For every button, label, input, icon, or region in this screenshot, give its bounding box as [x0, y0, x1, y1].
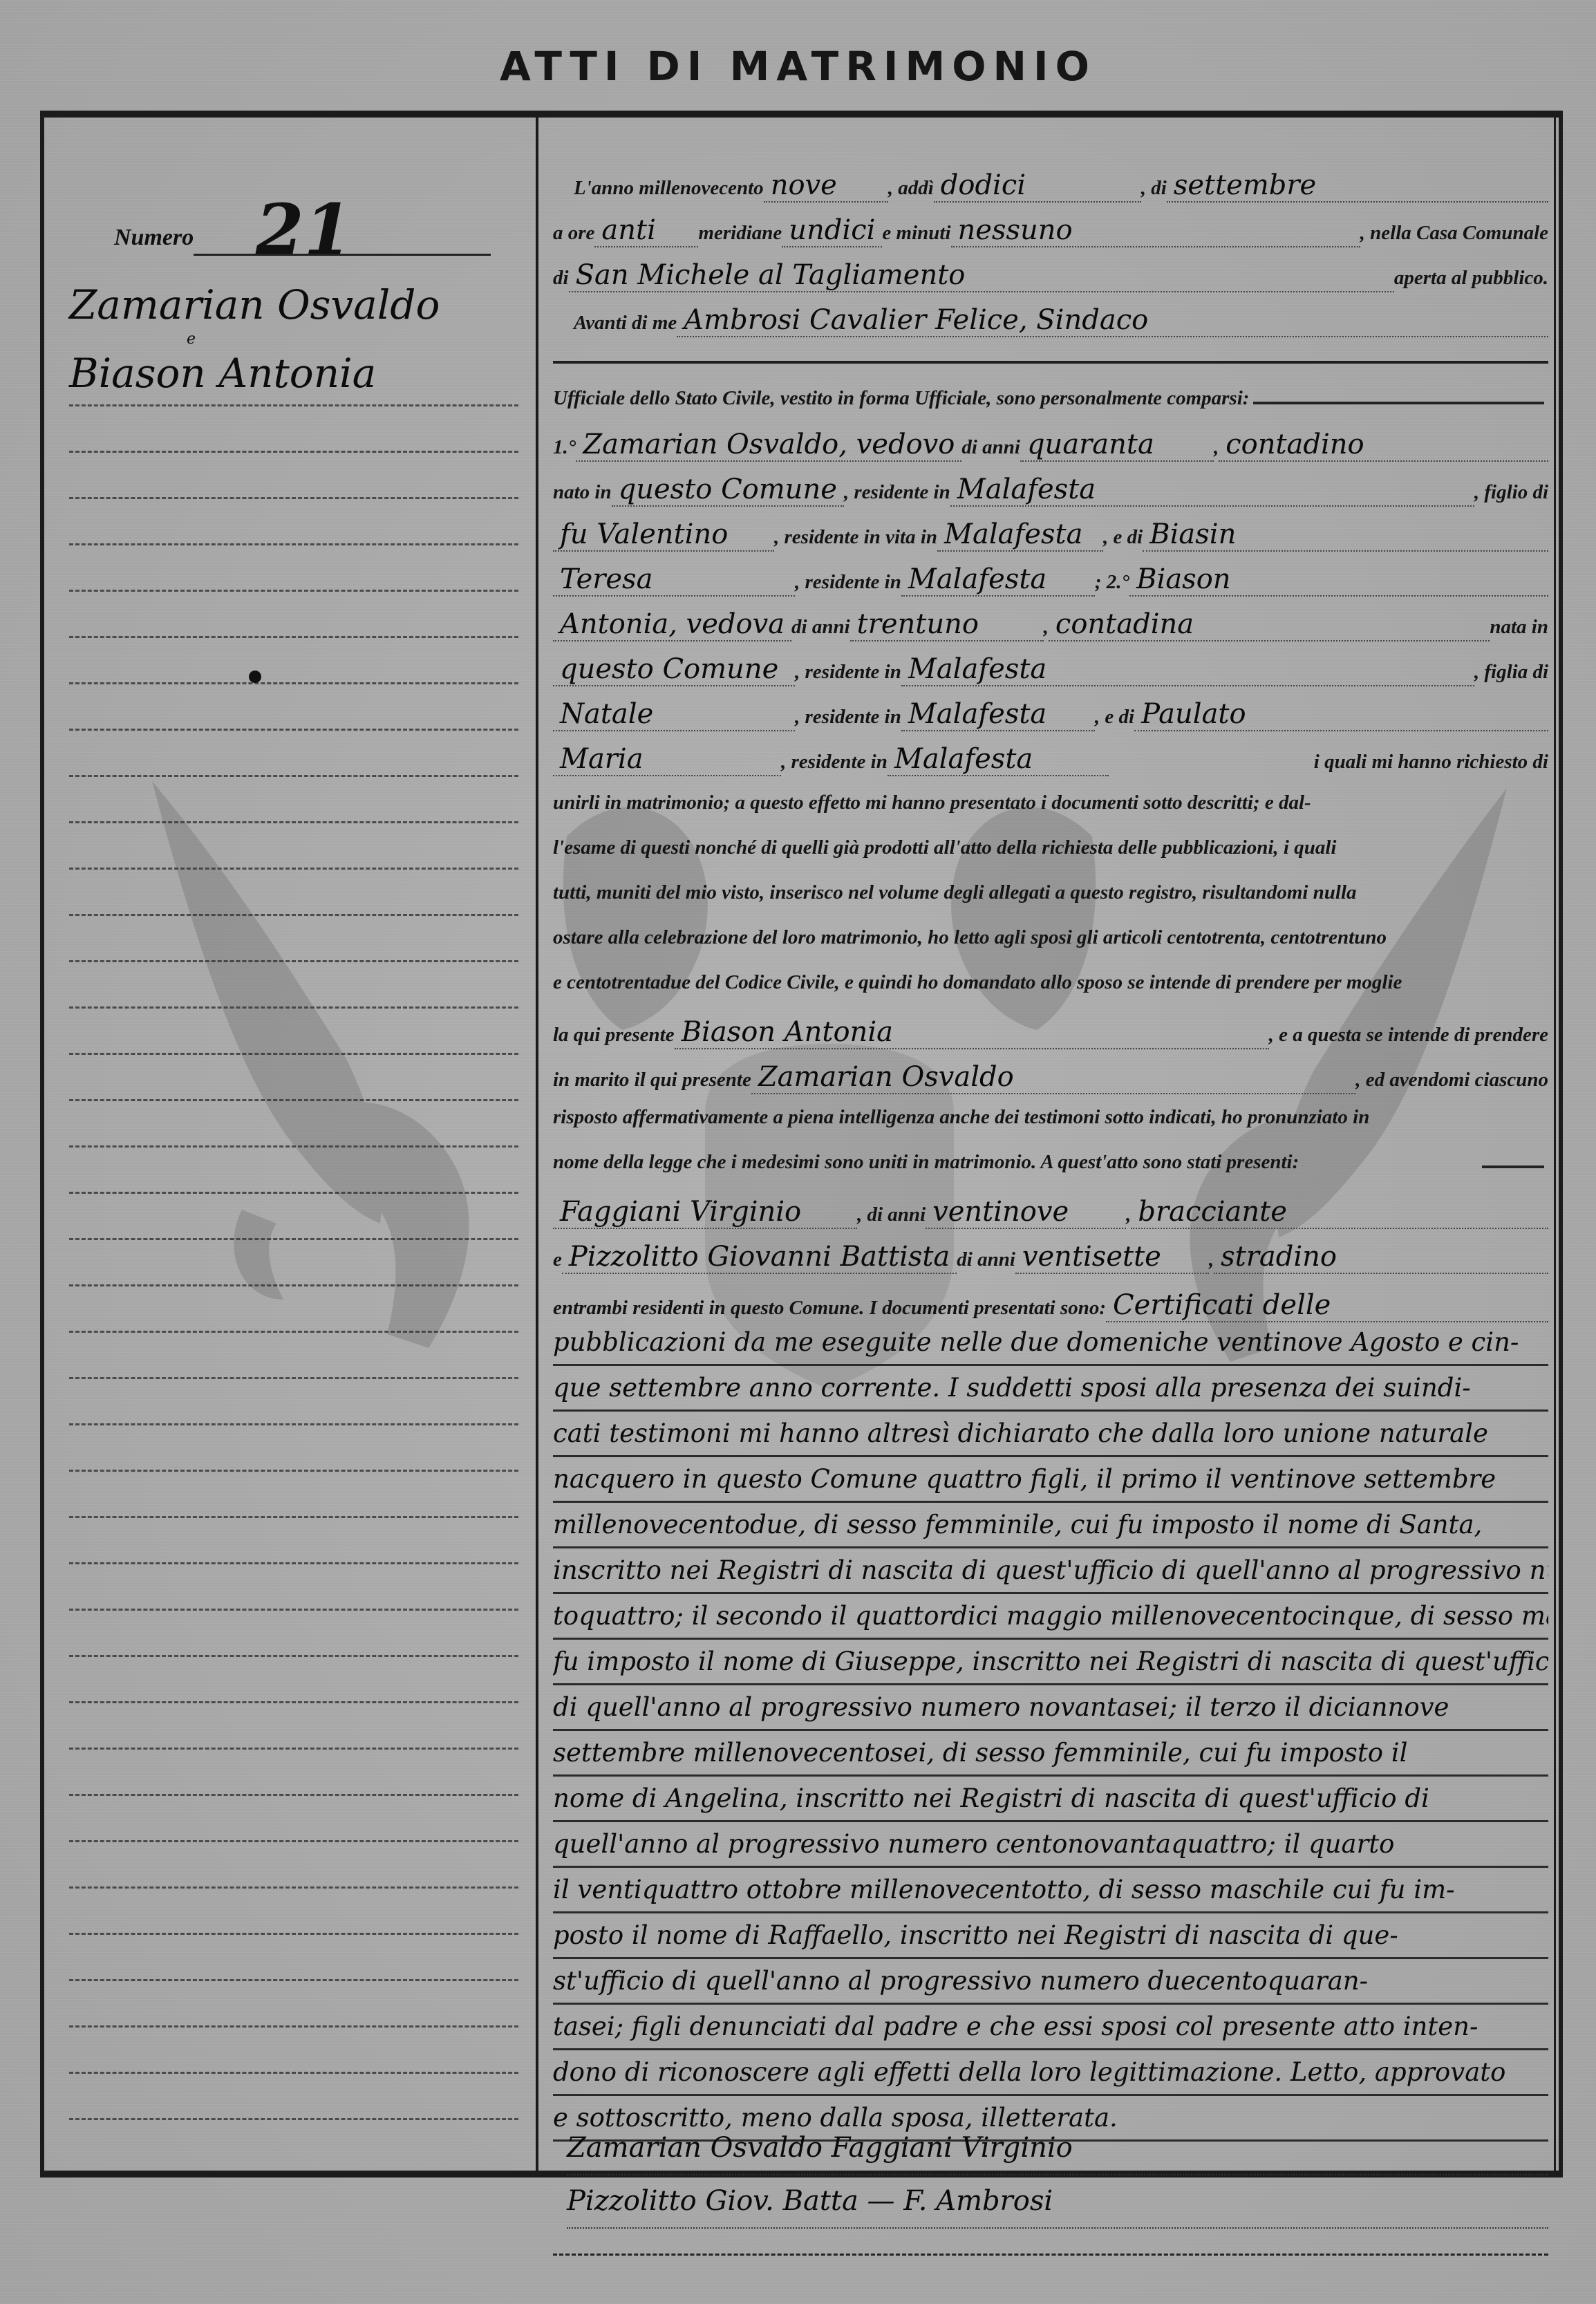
- handwritten-line: nome di Angelina, inscritto nei Registri…: [553, 1777, 1548, 1822]
- body-line-11: l'esame di questi nonché di quelli già p…: [553, 836, 1548, 859]
- margin-column: Numero 21 Zamarian Osvaldo e Biason Anto…: [48, 121, 532, 2167]
- ruled-line: [69, 1053, 518, 1055]
- minutes-field: nessuno: [951, 214, 1360, 247]
- comune-field: San Michele al Tagliamento: [569, 259, 1394, 292]
- conjunction: e: [69, 337, 440, 342]
- ruled-line: [69, 1609, 518, 1611]
- handwritten-line: fu imposto il nome di Giuseppe, inscritt…: [553, 1640, 1548, 1685]
- ruled-line: [69, 1655, 518, 1657]
- handwritten-line: que settembre anno corrente. I suddetti …: [553, 1366, 1548, 1412]
- handwritten-line: pubblicazioni da me eseguite nelle due d…: [553, 1320, 1548, 1366]
- ruled-line: [69, 590, 518, 592]
- ruled-line: [69, 682, 518, 684]
- bride-mother-name: Maria: [553, 743, 781, 776]
- ruled-line: [69, 1933, 518, 1935]
- header-line-2: a ore anti meridiane undici e minuti nes…: [553, 214, 1548, 247]
- handwritten-line: tasei; figli denunciati dal padre e che …: [553, 2005, 1548, 2050]
- ruled-line: [69, 1423, 518, 1425]
- header-line-4: Avanti di me Ambrosi Cavalier Felice, Si…: [553, 304, 1548, 337]
- bride-father: Natale: [553, 698, 795, 731]
- groom-line: 1.° Zamarian Osvaldo, vedovo di anni qua…: [553, 429, 1548, 462]
- bride-name: Biason Antonia: [69, 341, 440, 406]
- right-border: [1554, 118, 1556, 2172]
- ruled-line: [69, 1562, 518, 1564]
- witness-2-name: Pizzolitto Giovanni Battista: [562, 1241, 957, 1274]
- witness-2-occupation: stradino: [1214, 1241, 1548, 1274]
- month-field: settembre: [1167, 169, 1548, 203]
- day-field: dodici: [934, 169, 1141, 203]
- header-line-3: di San Michele al Tagliamento aperta al …: [553, 259, 1548, 292]
- bride-birth-line: questo Comune , residente in Malafesta ,…: [553, 653, 1548, 686]
- ruled-line: [69, 1192, 518, 1194]
- witness-1-occupation: bracciante: [1131, 1196, 1548, 1229]
- groom-mother-line: Teresa , residente in Malafesta ; 2.° Bi…: [553, 563, 1548, 597]
- ruled-line: [69, 451, 518, 453]
- bride-mother-surname: Paulato: [1134, 698, 1548, 731]
- ruled-line: [69, 729, 518, 731]
- signature-line: Pizzolitto Giov. Batta — F. Ambrosi: [567, 2175, 1548, 2229]
- groom-father-line: fu Valentino , residente in vita in Mala…: [553, 518, 1548, 552]
- header-rule: [553, 361, 1548, 364]
- documents-field: Certificati delle: [1106, 1289, 1548, 1322]
- groom-name: Zamarian Osvaldo: [69, 273, 440, 337]
- ruled-line: [69, 497, 518, 499]
- ruled-line: [69, 1331, 518, 1333]
- ruled-line: [69, 1145, 518, 1148]
- body-line-13: ostare alla celebrazione del loro matrim…: [553, 926, 1548, 949]
- handwritten-line: di quell'anno al progressivo numero nova…: [553, 1685, 1548, 1731]
- bride-mother-line: Maria , residente in Malafesta i quali m…: [553, 743, 1548, 776]
- officiant-field: Ambrosi Cavalier Felice, Sindaco: [677, 304, 1548, 337]
- ruled-line: [69, 1979, 518, 1981]
- bride-field: Antonia, vedova: [553, 608, 791, 641]
- handwritten-line: il ventiquattro ottobre millenovecentott…: [553, 1868, 1548, 1913]
- handwritten-line: st'ufficio di quell'anno al progressivo …: [553, 1959, 1548, 2005]
- header-line-1: L'anno millenovecento nove , addì dodici…: [553, 169, 1548, 203]
- ruled-line: [69, 1099, 518, 1101]
- witness-1-age: ventinove: [926, 1196, 1126, 1229]
- ruled-line: [69, 1886, 518, 1889]
- groom-field: Zamarian Osvaldo, vedovo: [576, 429, 961, 462]
- witness-2-age: ventisette: [1015, 1241, 1209, 1274]
- ruled-line: [69, 1516, 518, 1518]
- column-divider: [536, 118, 538, 2172]
- ruled-line: [69, 2118, 518, 2120]
- document-title: ATTI DI MATRIMONIO: [0, 43, 1596, 90]
- bride-consent-name: Biason Antonia: [675, 1016, 1269, 1049]
- ruled-line: [69, 1238, 518, 1240]
- ruled-line: [69, 1470, 518, 1472]
- margin-names: Zamarian Osvaldo e Biason Antonia: [69, 273, 440, 406]
- groom-father: fu Valentino: [553, 518, 774, 552]
- witness-1-line: Faggiani Virginio , di anni ventinove , …: [553, 1196, 1548, 1229]
- body-line-1: Ufficiale dello Stato Civile, vestito in…: [553, 387, 1548, 410]
- body-line-14: e centotrentadue del Codice Civile, e qu…: [553, 971, 1548, 994]
- groom-age: quaranta: [1020, 429, 1214, 462]
- documents-line: entrambi residenti in questo Comune. I d…: [553, 1289, 1548, 1322]
- act-number: 21: [256, 189, 352, 270]
- body-line-10: unirli in matrimonio; a questo effetto m…: [553, 792, 1548, 814]
- ruled-line: [69, 1794, 518, 1796]
- groom-birth-line: nato in questo Comune , residente in Mal…: [553, 474, 1548, 507]
- bride-father-line: Natale , residente in Malafesta , e di P…: [553, 698, 1548, 731]
- bride-occupation: contadina: [1049, 608, 1490, 641]
- handwritten-line: nacquero in questo Comune quattro figli,…: [553, 1457, 1548, 1503]
- ruled-line: [69, 775, 518, 777]
- body-line-12: tutti, muniti del mio visto, inserisco n…: [553, 881, 1548, 904]
- signature-line: Zamarian Osvaldo Faggiani Virginio: [567, 2122, 1548, 2175]
- ruled-line: [69, 1701, 518, 1703]
- signature-rule: [553, 2254, 1548, 2256]
- ruled-line: [69, 2025, 518, 2027]
- witness-1-name: Faggiani Virginio: [553, 1196, 857, 1229]
- consent-groom-line: in marito il qui presente Zamarian Osval…: [553, 1061, 1548, 1094]
- handwritten-line: quell'anno al progressivo numero centono…: [553, 1822, 1548, 1868]
- ruled-line: [69, 821, 518, 823]
- ruled-line: [69, 1284, 518, 1286]
- ruled-line: [69, 404, 518, 406]
- signatures: Zamarian Osvaldo Faggiani VirginioPizzol…: [567, 2122, 1548, 2229]
- ruled-line: [69, 2072, 518, 2074]
- consent-bride-line: la qui presente Biason Antonia , e a que…: [553, 1016, 1548, 1049]
- handwritten-line: toquattro; il secondo il quattordici mag…: [553, 1594, 1548, 1640]
- ink-dot: [249, 671, 261, 683]
- ruled-line: [69, 960, 518, 962]
- hour-field: undici: [782, 214, 882, 247]
- handwritten-line: dono di riconoscere agli effetti della l…: [553, 2050, 1548, 2096]
- numero-label: Numero: [114, 225, 194, 251]
- bride-line: Antonia, vedova di anni trentuno , conta…: [553, 608, 1548, 641]
- handwritten-notes: pubblicazioni da me eseguite nelle due d…: [553, 1320, 1548, 2142]
- body-line-18: nome della legge che i medesimi sono uni…: [553, 1151, 1548, 1174]
- groom-mother-surname: Biasin: [1143, 518, 1548, 552]
- bride-age: trentuno: [850, 608, 1044, 641]
- ruled-line: [69, 1748, 518, 1750]
- groom-mother-name: Teresa: [553, 563, 795, 597]
- ruled-line: [69, 1377, 518, 1379]
- handwritten-line: posto il nome di Raffaello, inscritto ne…: [553, 1913, 1548, 1959]
- body-line-17: risposto affermativamente a piena intell…: [553, 1106, 1548, 1129]
- witness-2-line: e Pizzolitto Giovanni Battista di anni v…: [553, 1241, 1548, 1274]
- handwritten-line: millenovecentodue, di sesso femminile, c…: [553, 1503, 1548, 1548]
- ruled-line: [69, 914, 518, 916]
- ruled-line: [69, 543, 518, 545]
- handwritten-line: cati testimoni mi hanno altresì dichiara…: [553, 1412, 1548, 1457]
- groom-consent-name: Zamarian Osvaldo: [751, 1061, 1355, 1094]
- handwritten-line: settembre millenovecentosei, di sesso fe…: [553, 1731, 1548, 1777]
- numero-underline: [194, 254, 491, 256]
- ruled-line: [69, 1006, 518, 1009]
- handwritten-line: inscritto nei Registri di nascita di que…: [553, 1548, 1548, 1594]
- ante-post-field: anti: [594, 214, 698, 247]
- groom-occupation: contadino: [1219, 429, 1548, 462]
- ruled-line: [69, 1840, 518, 1842]
- year-field: nove: [764, 169, 888, 203]
- ruled-line: [69, 636, 518, 638]
- bride-surname: Biason: [1129, 563, 1548, 597]
- ruled-line: [69, 868, 518, 870]
